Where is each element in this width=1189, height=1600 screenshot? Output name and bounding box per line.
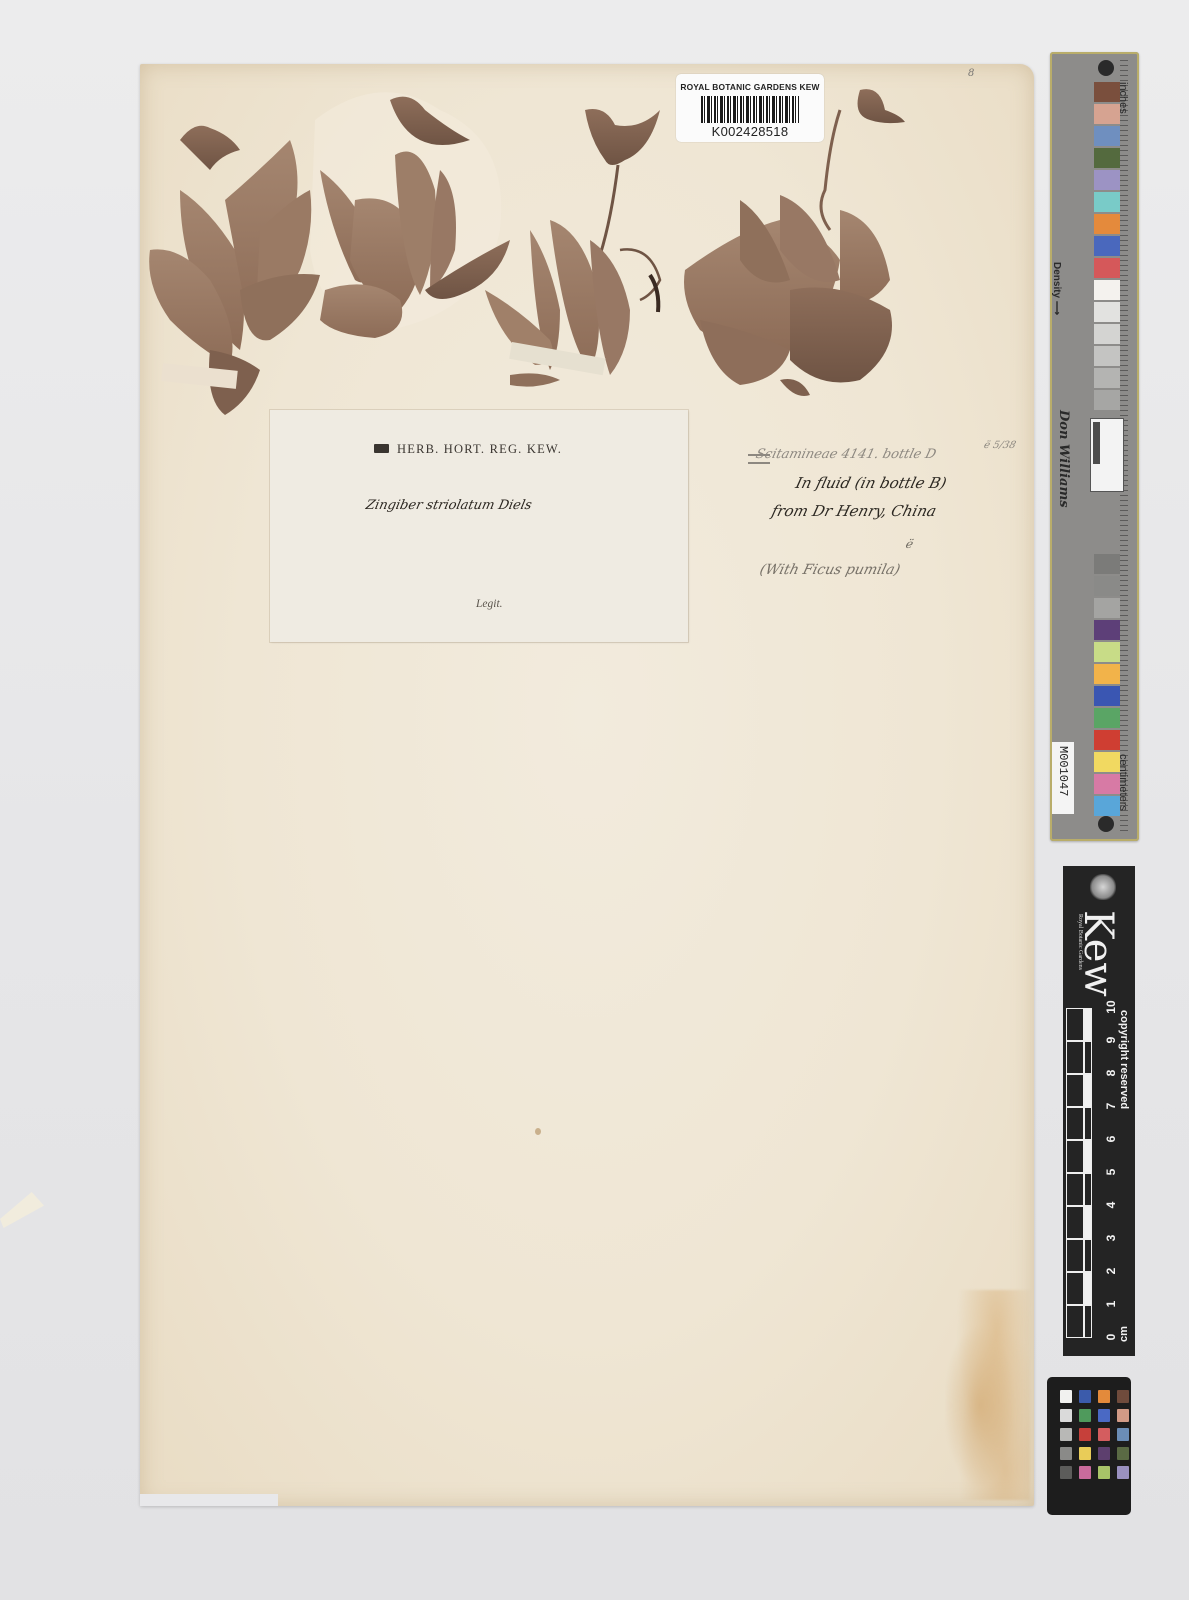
checker-patch <box>1117 1447 1129 1460</box>
colour-swatch <box>1094 192 1120 212</box>
colour-swatch <box>1094 730 1120 750</box>
ruler-brand: Don Williams <box>1056 410 1071 508</box>
specimen-3 <box>485 109 660 387</box>
label-header-text: HERB. HORT. REG. KEW. <box>397 442 562 456</box>
barcode-label: ROYAL BOTANIC GARDENS KEW K002428518 <box>676 74 824 142</box>
checker-patch <box>1117 1428 1129 1441</box>
checker-patch <box>1117 1409 1129 1422</box>
checker-patch <box>1079 1428 1091 1441</box>
colour-swatch <box>1094 214 1120 234</box>
colour-swatch <box>1094 554 1120 574</box>
colour-swatch <box>1094 258 1120 278</box>
legit-text: Legit. <box>476 598 503 610</box>
colour-swatch <box>1094 236 1120 256</box>
scale-number: 0 <box>1104 1327 1118 1347</box>
ruler-hole-top <box>1098 60 1114 76</box>
barcode-number: K002428518 <box>676 124 824 139</box>
ink-note-line-2: from Dr Henry, China <box>770 502 939 520</box>
checker-patch <box>1060 1428 1072 1441</box>
specimen-1 <box>149 126 320 415</box>
foxing-spot <box>535 1128 541 1135</box>
colour-swatch <box>1094 280 1120 300</box>
scale-number: 1 <box>1104 1294 1118 1314</box>
checker-patch <box>1079 1466 1091 1479</box>
scale-number: 6 <box>1104 1129 1118 1149</box>
colour-swatch <box>1094 390 1120 410</box>
colour-swatch <box>1094 170 1120 190</box>
barcode-institution: ROYAL BOTANIC GARDENS KEW <box>676 82 824 92</box>
checker-patch <box>1098 1428 1110 1441</box>
kew-logo: Kew <box>1078 910 1118 997</box>
checker-patch <box>1098 1447 1110 1460</box>
ruler-swatches-top <box>1094 82 1120 412</box>
checker-patch <box>1117 1390 1129 1403</box>
royal-crest-icon <box>1090 874 1116 900</box>
colour-swatch <box>1094 324 1120 344</box>
colour-swatch <box>1094 708 1120 728</box>
scale-number: 7 <box>1104 1096 1118 1116</box>
barcode-icon <box>701 96 799 123</box>
checker-patch <box>1079 1447 1091 1460</box>
cm-unit-label: cm <box>1118 1326 1130 1342</box>
ink-blot <box>374 444 389 453</box>
colour-swatch <box>1094 598 1120 618</box>
scale-number: 2 <box>1104 1261 1118 1281</box>
scale-number: 10 <box>1104 997 1118 1017</box>
scale-number: 8 <box>1104 1063 1118 1083</box>
ruler-id-tag: M001047 <box>1052 742 1074 814</box>
checker-patch <box>1060 1466 1072 1479</box>
checker-patch <box>1098 1409 1110 1422</box>
colour-swatch <box>1094 302 1120 322</box>
sheet-torn-edge <box>140 1494 278 1506</box>
ruler-resolution-target <box>1090 418 1124 492</box>
pencil-family-note: Scitamineae 4141. bottle D <box>754 447 938 462</box>
ruler-density-label: Density ⟶ <box>1051 262 1062 315</box>
ink-note-line-1: In fluid (in bottle B) <box>794 474 949 492</box>
checker-patch <box>1079 1390 1091 1403</box>
colour-swatch <box>1094 346 1120 366</box>
colour-swatch <box>1094 642 1120 662</box>
colour-swatch <box>1094 664 1120 684</box>
scale-number: 4 <box>1104 1195 1118 1215</box>
copyright-text: copyright reserved <box>1118 1010 1130 1109</box>
taxon-name: Zingiber striolatum Diels <box>364 498 533 513</box>
determination-label: HERB. HORT. REG. KEW. Zingiber striolatu… <box>270 410 688 642</box>
ruler-id: M001047 <box>1056 746 1070 796</box>
checker-patch <box>1098 1466 1110 1479</box>
pencil-corner-note: ë 5/38 <box>983 440 1017 451</box>
scale-number: 3 <box>1104 1228 1118 1248</box>
colour-swatch <box>1094 126 1120 146</box>
scale-number: 5 <box>1104 1162 1118 1182</box>
colour-swatch <box>1094 368 1120 388</box>
label-header: HERB. HORT. REG. KEW. <box>374 442 562 457</box>
colour-swatch <box>1094 148 1120 168</box>
pencil-note: (With Ficus pumila) <box>758 562 902 578</box>
ruler-cm-label: centimeters <box>1117 754 1129 811</box>
sheet-corner-number: 8 <box>968 68 974 79</box>
colour-swatch <box>1094 686 1120 706</box>
checker-patch <box>1098 1390 1110 1403</box>
colour-swatch <box>1094 576 1120 596</box>
colour-swatch <box>1094 620 1120 640</box>
water-stain <box>946 1290 1030 1500</box>
checker-patch <box>1060 1390 1072 1403</box>
colour-checker <box>1047 1377 1131 1515</box>
checker-patch <box>1117 1466 1129 1479</box>
checker-patch <box>1060 1447 1072 1460</box>
colour-checker-grid <box>1060 1390 1129 1479</box>
scale-number: 9 <box>1104 1030 1118 1050</box>
ruler-inches-label: inches <box>1117 82 1129 114</box>
checker-patch <box>1060 1409 1072 1422</box>
ruler-hole-bottom <box>1098 816 1114 832</box>
checker-patch <box>1079 1409 1091 1422</box>
